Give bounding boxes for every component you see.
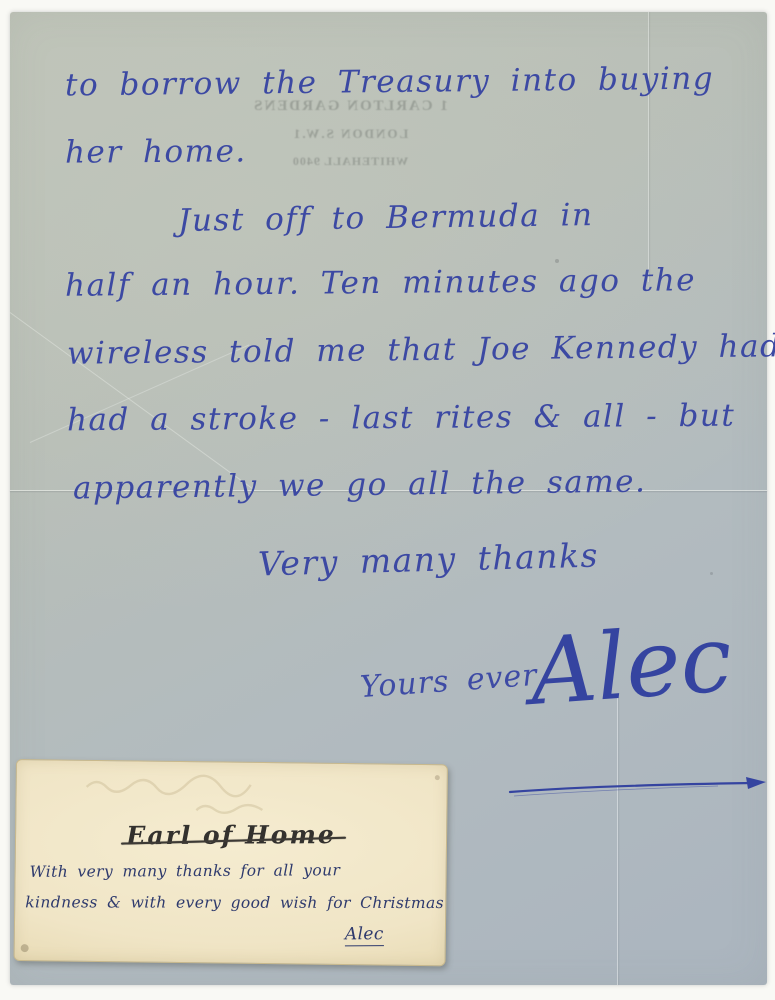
card-message-line-1: With very many thanks for all your xyxy=(30,861,341,881)
letterhead-showthrough: 1 CARLTON GARDENS LONDON S.W.1 WHITEHALL… xyxy=(230,98,470,169)
card-worn-edge xyxy=(435,775,440,780)
card-worn-corner xyxy=(21,944,29,952)
paper-speck xyxy=(555,259,559,263)
letter-valediction: Yours ever xyxy=(359,658,539,705)
letter-line-6: had a stroke - last rites & all - but xyxy=(67,398,736,439)
card-message-line-2: kindness & with every good wish for Chri… xyxy=(25,893,444,912)
card-printed-name: Earl of Home xyxy=(16,820,446,851)
letter-line-5: wireless told me that Joe Kennedy had xyxy=(67,328,775,371)
letterhead-city-line: LONDON S.W.1 xyxy=(230,126,470,142)
photo-backdrop: 1 CARLTON GARDENS LONDON S.W.1 WHITEHALL… xyxy=(0,0,775,1000)
letter-line-2: her home. xyxy=(65,133,247,170)
card-signature: Alec xyxy=(345,924,384,946)
visiting-card: Earl of Home With very many thanks for a… xyxy=(14,759,448,966)
letter-line-4: half an hour. Ten minutes ago the xyxy=(65,262,696,304)
letterhead-telephone-line: WHITEHALL 9400 xyxy=(230,154,470,169)
letter-closing: Very many thanks xyxy=(258,536,600,584)
letter-signature: Alec xyxy=(527,605,736,726)
letter-line-3: Just off to Bermuda in xyxy=(178,197,594,239)
vertical-crease-bottom xyxy=(617,697,618,985)
card-showthrough-marks xyxy=(46,768,377,824)
letter-line-1: to borrow the Treasury into buying xyxy=(65,61,714,104)
vertical-crease-top xyxy=(648,12,649,282)
paper-speck xyxy=(710,572,713,575)
signature-flourish xyxy=(508,774,770,802)
letter-line-7: apparently we go all the same. xyxy=(73,463,647,506)
